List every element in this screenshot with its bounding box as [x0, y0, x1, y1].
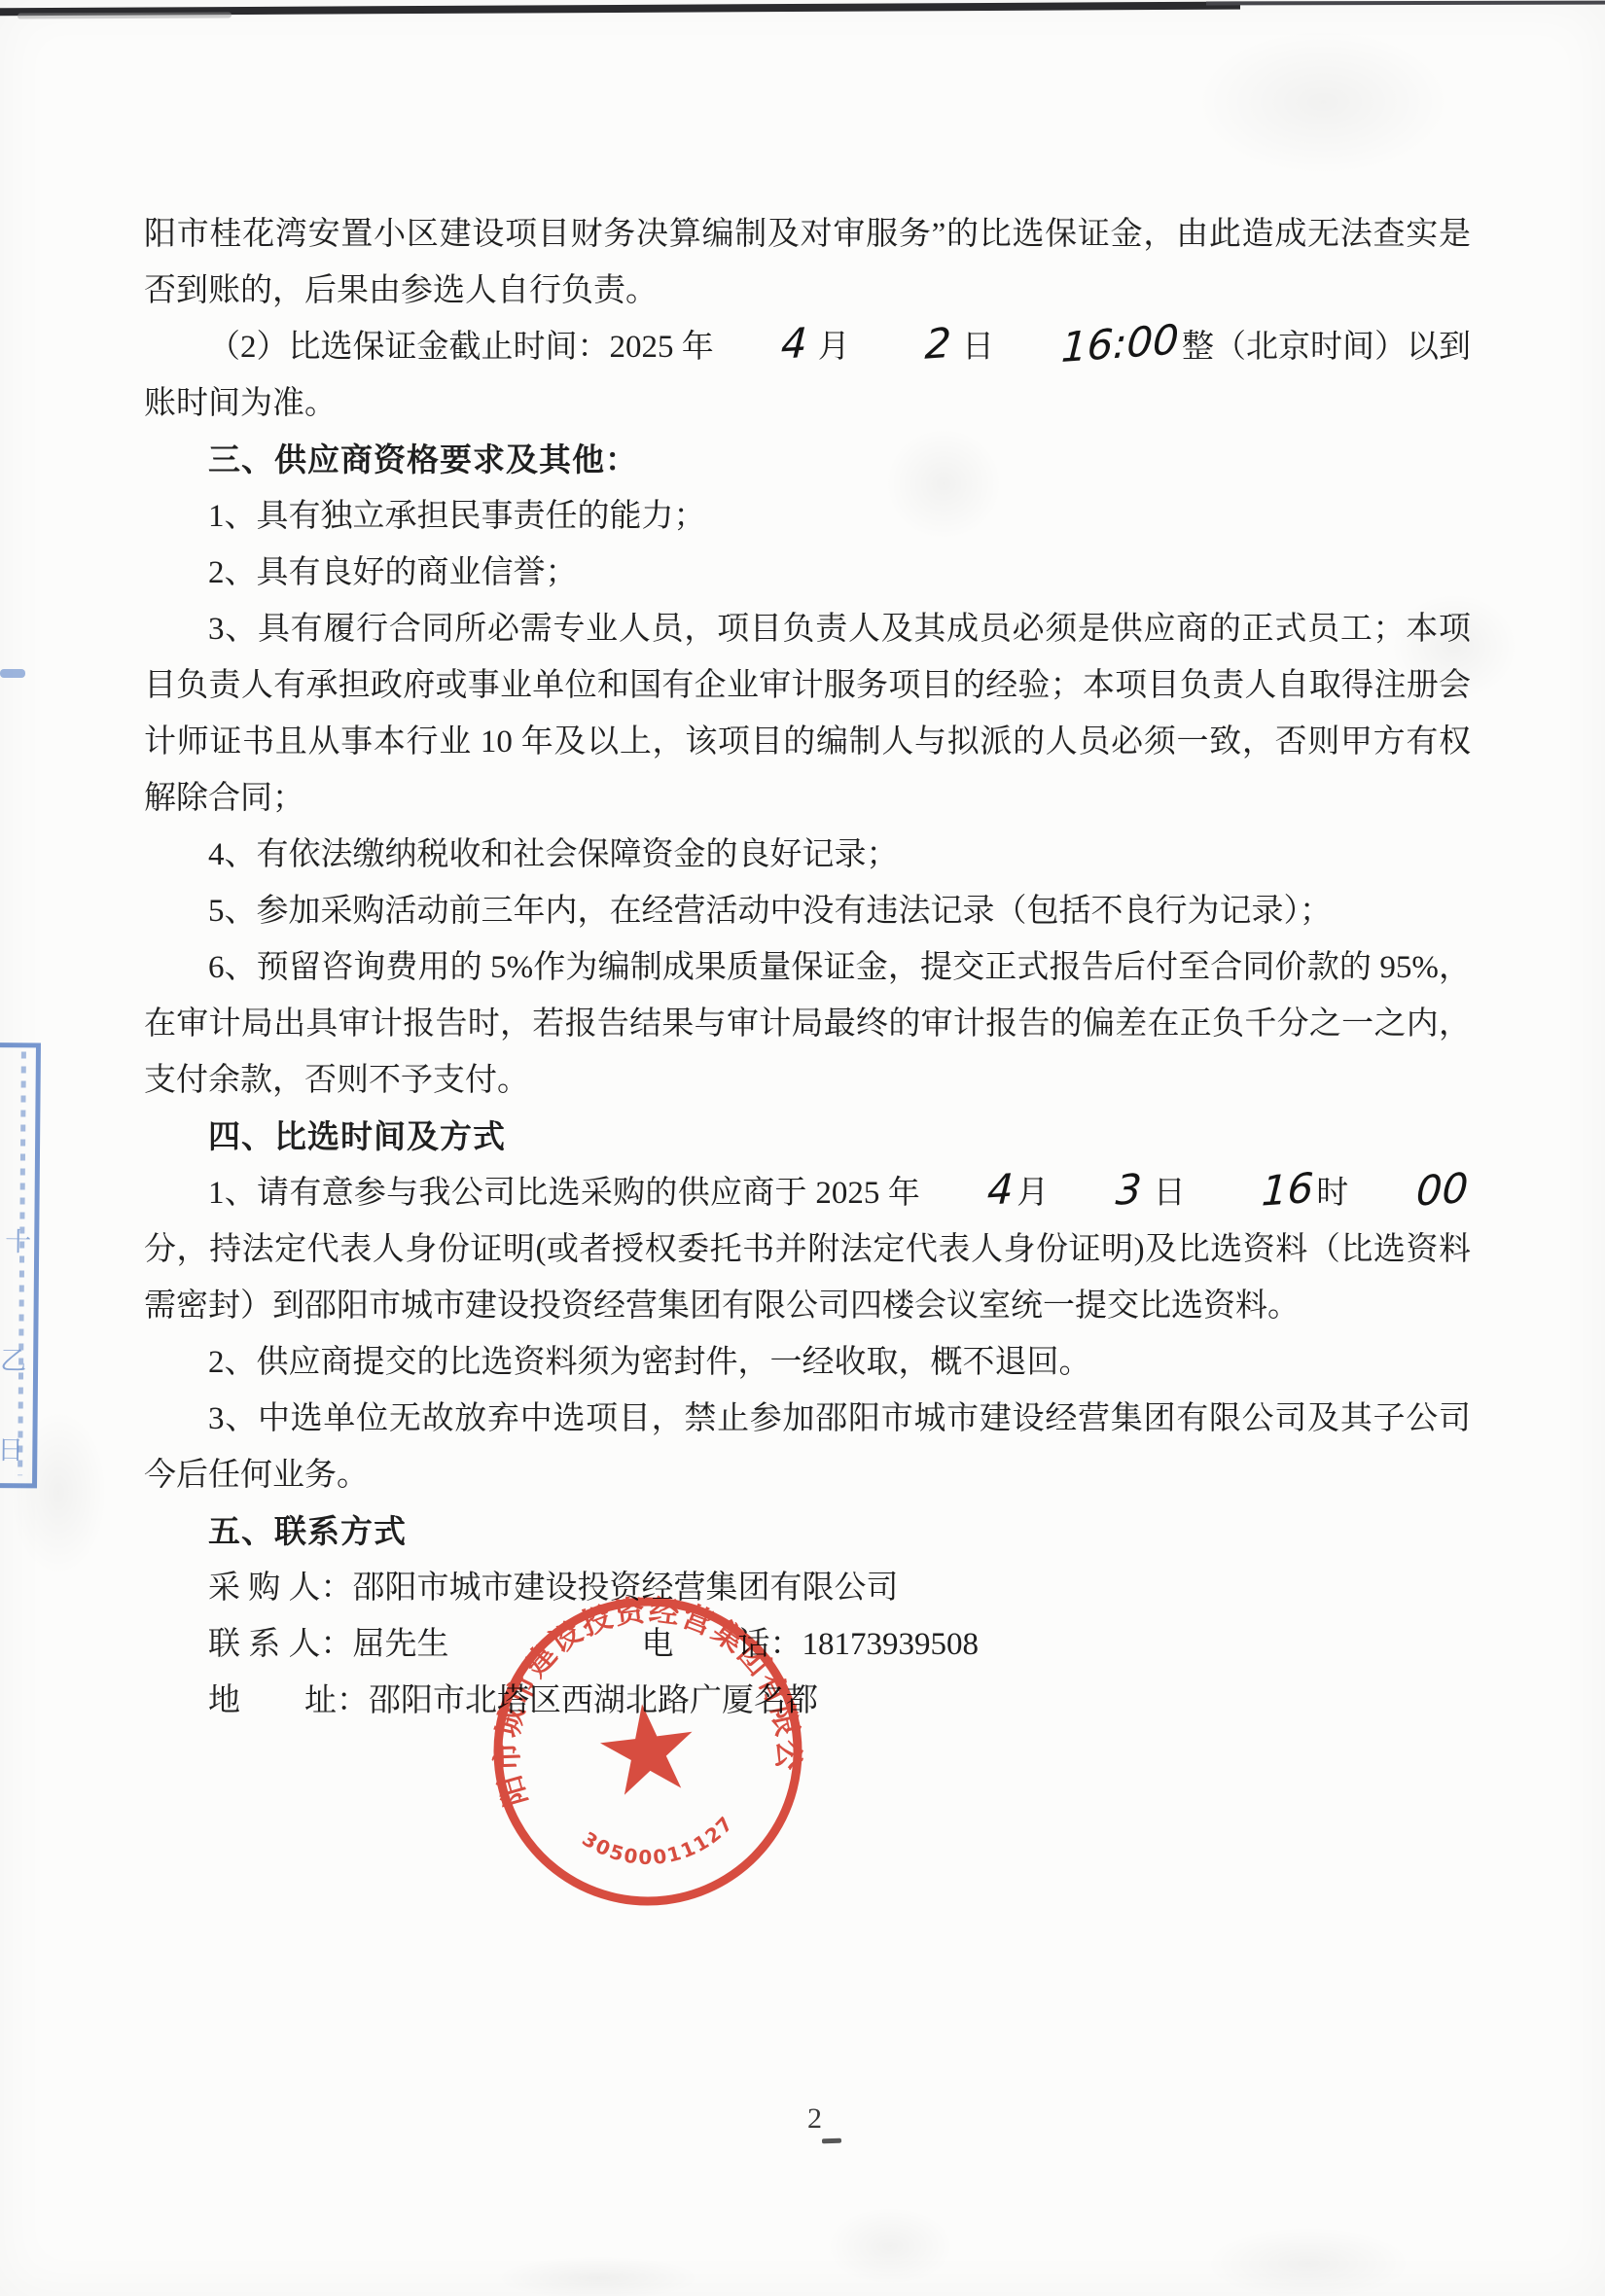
scan-edge-smear: [18, 12, 232, 18]
text-run: 1、具有独立承担民事责任的能力；: [208, 499, 706, 534]
text-run: 3、中选单位无故放弃中选项目，禁止参加邵阳市城市建设经营集团有限公司及其子公司今…: [144, 1401, 1471, 1493]
blue-stamp-glyph: 十: [5, 1220, 31, 1258]
item-4-1: 1、请有意参与我公司比选采购的供应商于 2025 年4月3 日 16时00分，持…: [144, 1165, 1471, 1334]
handwritten-value: 4: [714, 343, 809, 350]
text-run: 五、联系方式: [208, 1512, 407, 1550]
text-run: 5、参加采购活动前三年内，在经营活动中没有违法记录（包括不良行为记录）；: [208, 894, 1332, 929]
text-run: 月: [1016, 1176, 1050, 1211]
text-run: 三、供应商资格要求及其他：: [208, 441, 638, 478]
text-run: 6、预留咨询费用的 5%作为编制成果质量保证金，提交正式报告后付至合同价款的 9…: [144, 950, 1471, 1098]
handwritten-value: 3: [1050, 1189, 1145, 1196]
ink-smudge: [822, 2138, 841, 2144]
blue-stamp-glyph: 日: [0, 1429, 24, 1466]
contact-person-phone: 联 系 人：屈先生 电 话：18173939508: [144, 1616, 1471, 1673]
scan-noise: [1206, 2227, 1410, 2296]
blue-stamp-texture: [18, 1051, 26, 1475]
blue-stamp-fragment: 十 乙 日: [0, 1042, 41, 1489]
blue-stamp-glyph: 乙: [0, 1339, 26, 1377]
text-run: 时: [1316, 1176, 1349, 1211]
scan-edge-line-thin: [1206, 1, 1605, 6]
item-4-3: 3、中选单位无故放弃中选项目，禁止参加邵阳市城市建设经营集团有限公司及其子公司今…: [144, 1391, 1471, 1503]
contact-purchaser: 采 购 人：邵阳市城市建设投资经营集团有限公司: [144, 1560, 1471, 1616]
text-run: 阳市桂花湾安置小区建设项目财务决算编制及对审服务”的比选保证金，由此造成无法查实…: [144, 217, 1471, 308]
item-3-4: 4、有依法缴纳税收和社会保障资金的良好记录；: [144, 827, 1471, 883]
handwritten-value: 16:00: [994, 339, 1182, 352]
text-run: 四、比选时间及方式: [208, 1117, 506, 1155]
text-run: 2、具有良好的商业信誉；: [208, 555, 578, 590]
handwritten-value: 2: [858, 343, 953, 350]
text-run: 1、请有意参与我公司比选采购的供应商于 2025 年: [208, 1176, 920, 1211]
paragraph-deadline: （2）比选保证金截止时间：2025 年4 月 2 日16:00整（北京时间）以到…: [144, 319, 1471, 432]
text-run: 2、供应商提交的比选资料须为密封件，一经收取，概不退回。: [208, 1345, 1091, 1380]
item-4-2: 2、供应商提交的比选资料须为密封件，一经收取，概不退回。: [144, 1334, 1471, 1391]
blue-ink-smear: [0, 669, 25, 678]
document-body: 阳市桂花湾安置小区建设项目财务决算编制及对审服务”的比选保证金，由此造成无法查实…: [144, 206, 1471, 1729]
text-run: 3、具有履行合同所必需专业人员，项目负责人及其成员必须是供应商的正式员工；本项目…: [144, 612, 1471, 816]
seal-star-icon: [596, 1699, 699, 1797]
item-3-3: 3、具有履行合同所必需专业人员，项目负责人及其成员必须是供应商的正式员工；本项目…: [144, 601, 1471, 827]
paragraph-continuation: 阳市桂花湾安置小区建设项目财务决算编制及对审服务”的比选保证金，由此造成无法查实…: [144, 206, 1471, 319]
handwritten-value: 16: [1195, 1188, 1316, 1197]
handwritten-value: 4: [920, 1189, 1016, 1196]
text-run: （2）比选保证金截止时间：2025 年: [208, 330, 714, 365]
section-3-heading: 三、供应商资格要求及其他：: [144, 432, 1471, 488]
red-company-seal: 邵阳市城市建设投资经营集团有限公司 4305000111278: [464, 1568, 833, 1936]
section-4-heading: 四、比选时间及方式: [144, 1109, 1471, 1165]
page-number: 2: [807, 2102, 822, 2136]
scan-noise: [496, 2256, 700, 2296]
text-run: 月: [809, 330, 858, 365]
item-3-5: 5、参加采购活动前三年内，在经营活动中没有违法记录（包括不良行为记录）；: [144, 883, 1471, 939]
item-3-2: 2、具有良好的商业信誉；: [144, 545, 1471, 601]
scan-noise: [1196, 29, 1449, 175]
text-run: 日: [954, 330, 994, 365]
scanned-document-page: 阳市桂花湾安置小区建设项目财务决算编制及对审服务”的比选保证金，由此造成无法查实…: [0, 0, 1605, 2296]
item-3-1: 1、具有独立承担民事责任的能力；: [144, 488, 1471, 545]
item-3-6: 6、预留咨询费用的 5%作为编制成果质量保证金，提交正式报告后付至合同价款的 9…: [144, 939, 1471, 1109]
text-run: 日: [1145, 1176, 1194, 1211]
text-run: 分，持法定代表人身份证明(或者授权委托书并附法定代表人身份证明)及比选资料（比选…: [144, 1232, 1471, 1324]
section-5-heading: 五、联系方式: [144, 1503, 1471, 1560]
scan-noise: [827, 2208, 953, 2285]
handwritten-value: 00: [1349, 1188, 1471, 1197]
text-run: 4、有依法缴纳税收和社会保障资金的良好记录；: [208, 837, 899, 872]
